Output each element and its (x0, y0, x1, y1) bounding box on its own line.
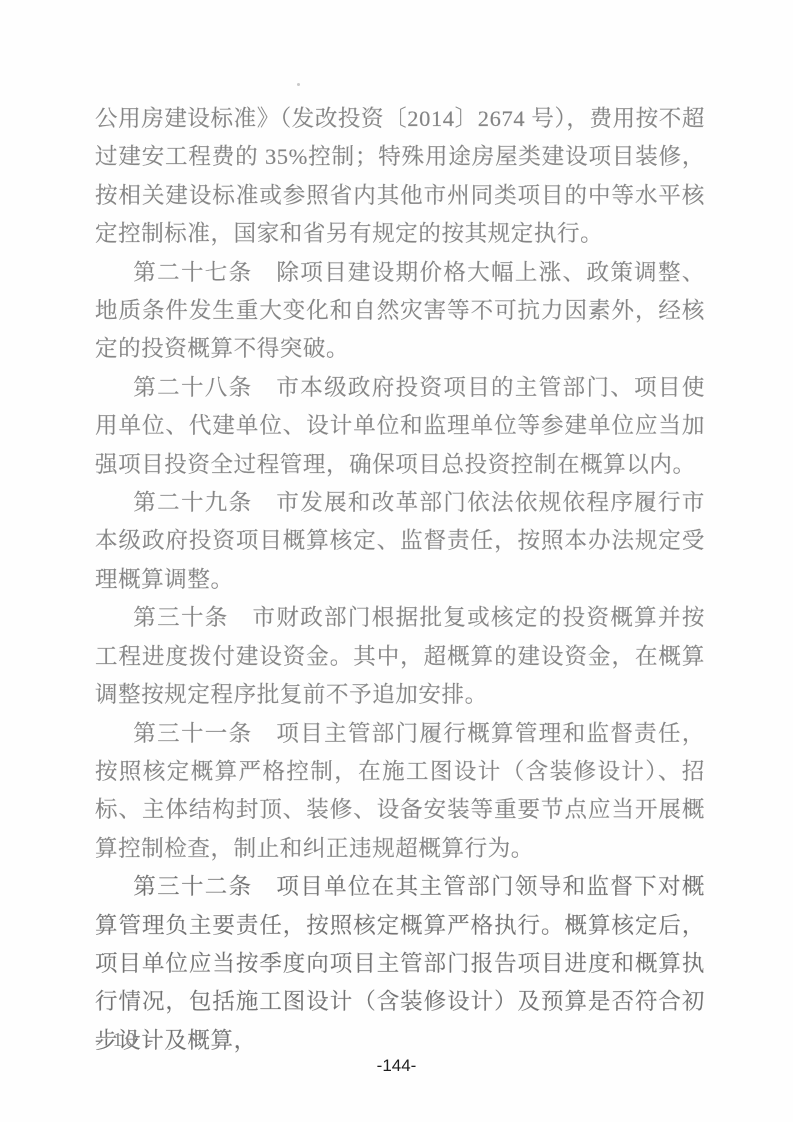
paragraph-article-27: 第二十七条 除项目建设期价格大幅上涨、政策调整、地质条件发生重大变化和自然灾害等… (95, 254, 705, 369)
paragraph-article-29: 第二十九条 市发展和改革部门依法依规依程序履行市本级政府投资项目概算核定、监督责… (95, 484, 705, 599)
page-number-center: -144- (0, 1056, 793, 1076)
paragraph-article-31: 第三十一条 项目主管部门履行概算管理和监督责任，按照核定概算严格控制，在施工图设… (95, 715, 705, 869)
scanned-document-page: 公用房建设标准》（发改投资〔2014〕2674 号），费用按不超过建安工程费的 … (0, 0, 793, 1122)
page-number-left: - 10 - (95, 1029, 156, 1052)
paragraph-article-28: 第二十八条 市本级政府投资项目的主管部门、项目使用单位、代建单位、设计单位和监理… (95, 369, 705, 484)
paragraph-article-30: 第三十条 市财政部门根据批复或核定的投资概算并按工程进度拨付建设资金。其中，超概… (95, 599, 705, 714)
document-body: 公用房建设标准》（发改投资〔2014〕2674 号），费用按不超过建安工程费的 … (95, 100, 705, 1060)
paragraph-article-32: 第三十二条 项目单位在其主管部门领导和监督下对概算管理负主要责任，按照核定概算严… (95, 868, 705, 1060)
scan-noise-dot (297, 83, 300, 86)
paragraph-continuation: 公用房建设标准》（发改投资〔2014〕2674 号），费用按不超过建安工程费的 … (95, 100, 705, 254)
